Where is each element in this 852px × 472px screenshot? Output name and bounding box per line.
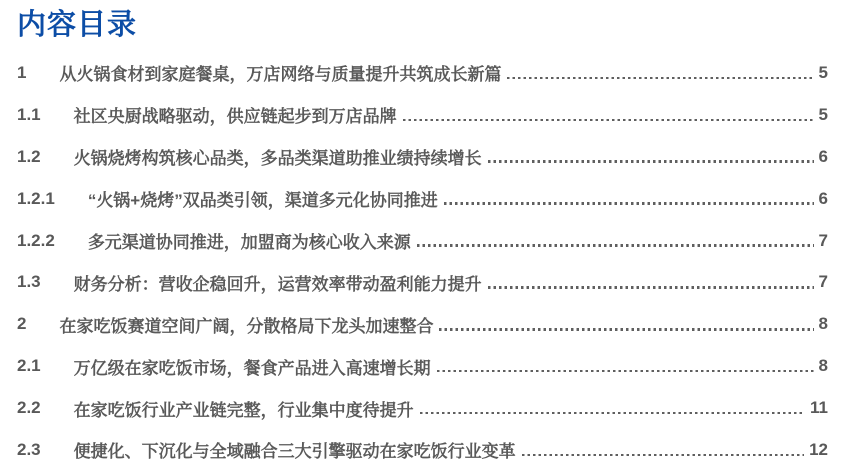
toc-entry-number: 2.3 — [17, 440, 41, 460]
toc-entry-number: 1.1 — [17, 105, 41, 125]
toc-entry-1-1[interactable]: 1.1 社区央厨战略驱动，供应链起步到万店品牌 5 — [17, 94, 828, 136]
dot-leader — [488, 286, 814, 289]
page-title: 内容目录 — [17, 8, 828, 42]
toc-entry-page: 7 — [816, 272, 828, 292]
toc-page: 内容目录 1 从火锅食材到家庭餐桌，万店网络与质量提升共筑成长新篇 5 1.1 … — [0, 0, 852, 472]
toc-entry-title: 万亿级在家吃饭市场，餐食产品进入高速增长期 — [74, 354, 431, 379]
toc-entry-title: 在家吃饭赛道空间广阔，分散格局下龙头加速整合 — [59, 312, 433, 337]
toc-entry-number: 1.2.2 — [17, 231, 55, 251]
toc-entry-page: 8 — [816, 314, 828, 334]
toc-entry-title: 便捷化、下沉化与全域融合三大引擎驱动在家吃饭行业变革 — [74, 437, 516, 462]
toc-entry-page: 6 — [816, 189, 828, 209]
toc-entry-title: 社区央厨战略驱动，供应链起步到万店品牌 — [74, 102, 397, 127]
toc-entry-title: 多元渠道协同推进，加盟商为核心收入来源 — [88, 228, 411, 253]
toc-entry-1[interactable]: 1 从火锅食材到家庭餐桌，万店网络与质量提升共筑成长新篇 5 — [17, 52, 828, 94]
toc-entry-1-2-2[interactable]: 1.2.2 多元渠道协同推进，加盟商为核心收入来源 7 — [17, 220, 828, 262]
dot-leader — [444, 202, 814, 205]
toc-entry-title: 火锅烧烤构筑核心品类，多品类渠道助推业绩持续增长 — [74, 144, 482, 169]
toc-entry-1-2-1[interactable]: 1.2.1 “火锅+烧烤”双品类引领，渠道多元化协同推进 6 — [17, 178, 828, 220]
toc-entry-page: 5 — [816, 105, 828, 125]
toc-entry-page: 8 — [816, 356, 828, 376]
toc-entry-number: 1.3 — [17, 272, 41, 292]
toc-entry-number: 2 — [17, 314, 26, 334]
toc-entry-1-2[interactable]: 1.2 火锅烧烤构筑核心品类，多品类渠道助推业绩持续增长 6 — [17, 136, 828, 178]
toc-entry-title: 在家吃饭行业产业链完整，行业集中度待提升 — [74, 396, 414, 421]
toc-entry-page: 5 — [816, 63, 828, 83]
dot-leader — [420, 412, 805, 415]
toc-entry-page: 7 — [816, 231, 828, 251]
dot-leader — [522, 454, 804, 457]
toc-entry-2[interactable]: 2 在家吃饭赛道空间广阔，分散格局下龙头加速整合 8 — [17, 303, 828, 345]
toc-entry-2-3[interactable]: 2.3 便捷化、下沉化与全域融合三大引擎驱动在家吃饭行业变革 12 — [17, 429, 828, 471]
toc-entry-title: “火锅+烧烤”双品类引领，渠道多元化协同推进 — [88, 186, 438, 211]
toc-entry-title: 财务分析：营收企稳回升，运营效率带动盈利能力提升 — [74, 270, 482, 295]
dot-leader — [403, 119, 814, 122]
dot-leader — [507, 77, 813, 80]
toc-entry-number: 1.2.1 — [17, 189, 55, 209]
toc-entry-2-2[interactable]: 2.2 在家吃饭行业产业链完整，行业集中度待提升 11 — [17, 387, 828, 429]
toc-entry-number: 1 — [17, 63, 26, 83]
toc-entry-1-3[interactable]: 1.3 财务分析：营收企稳回升，运营效率带动盈利能力提升 7 — [17, 261, 828, 303]
dot-leader — [439, 328, 813, 331]
toc-entry-page: 6 — [816, 147, 828, 167]
dot-leader — [437, 370, 814, 373]
toc-entry-page: 12 — [806, 440, 828, 460]
toc-entry-number: 1.2 — [17, 147, 41, 167]
toc-entry-page: 11 — [807, 398, 828, 418]
dot-leader — [488, 160, 814, 163]
toc-entry-2-1[interactable]: 2.1 万亿级在家吃饭市场，餐食产品进入高速增长期 8 — [17, 345, 828, 387]
toc-entry-title: 从火锅食材到家庭餐桌，万店网络与质量提升共筑成长新篇 — [59, 60, 501, 85]
toc-entry-number: 2.1 — [17, 356, 41, 376]
dot-leader — [417, 244, 814, 247]
toc-list: 1 从火锅食材到家庭餐桌，万店网络与质量提升共筑成长新篇 5 1.1 社区央厨战… — [17, 42, 828, 471]
toc-entry-number: 2.2 — [17, 398, 41, 418]
